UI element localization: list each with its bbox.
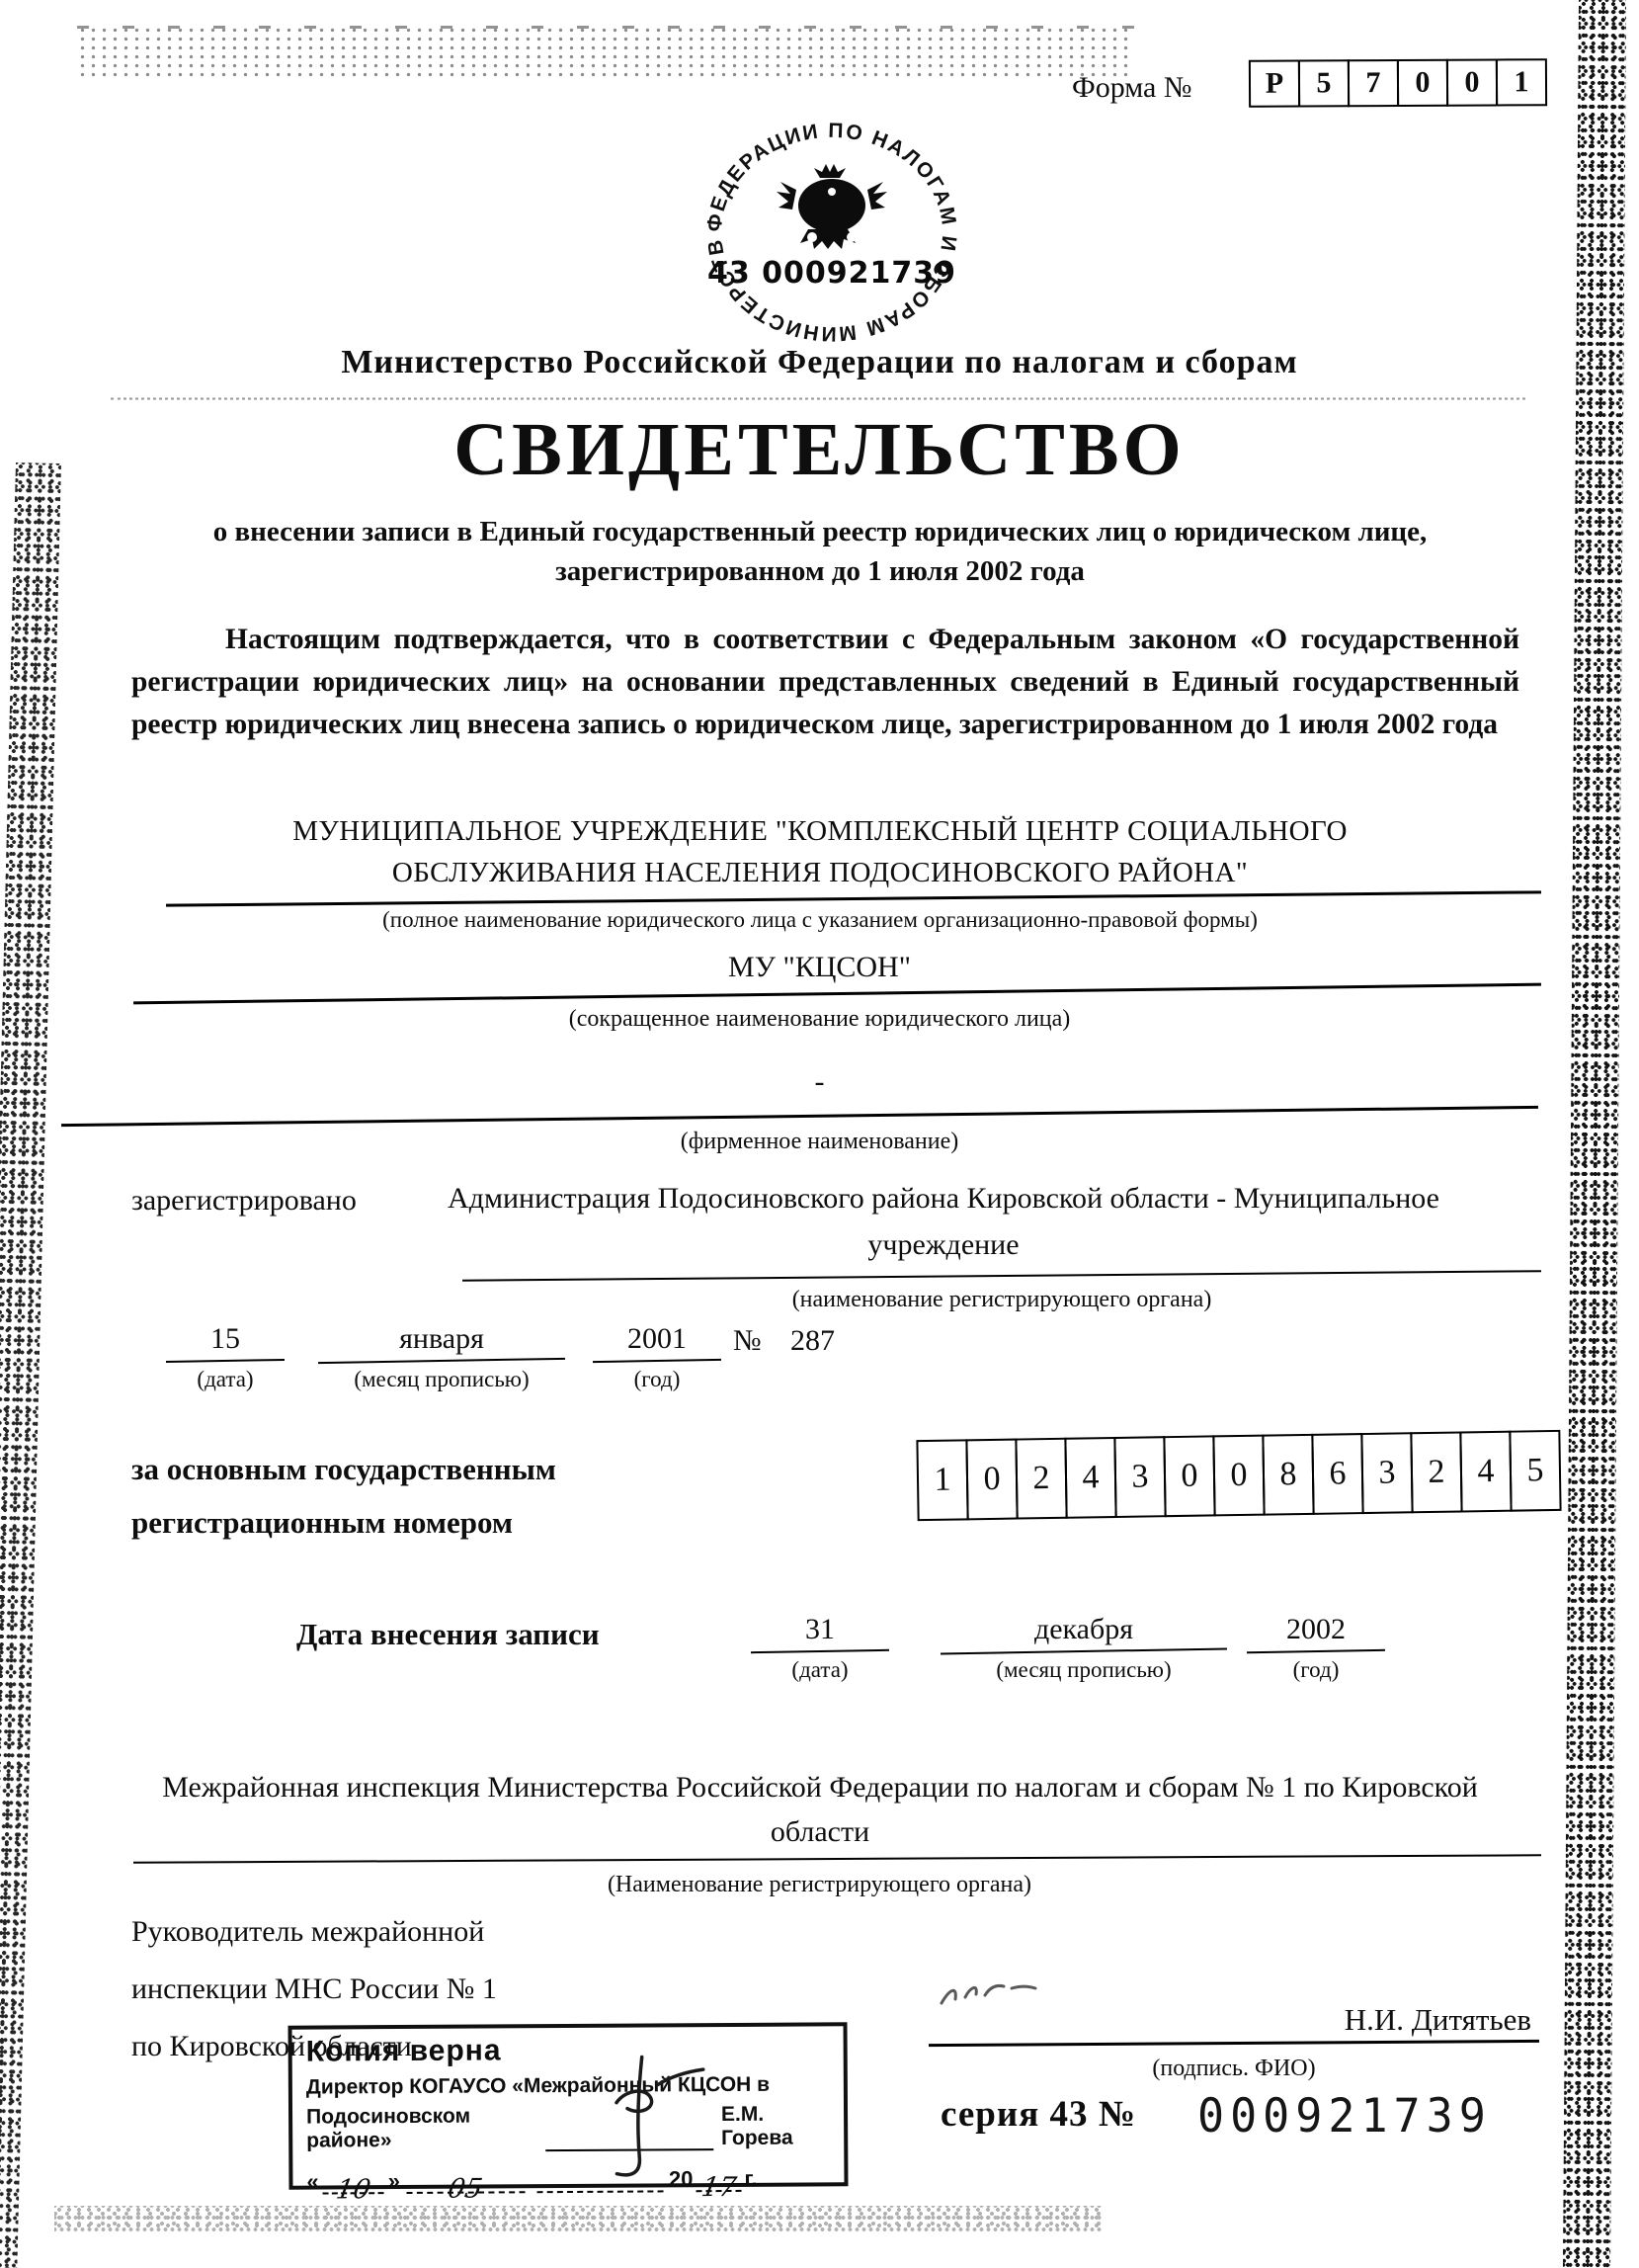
- form-code-cell: Р: [1249, 60, 1300, 108]
- ogrn-digit: 8: [1262, 1434, 1314, 1516]
- issuing-authority-name: Межрайонная инспекция Министерства Росси…: [128, 1765, 1512, 1854]
- issuing-underline: [133, 1854, 1541, 1863]
- tax-ministry-round-stamp: ФЕДЕРАЦИИ ПО НАЛОГАМ И СБОРАМ МИНИСТЕРСТ…: [664, 115, 1000, 355]
- registration-year: 2001: [593, 1322, 721, 1360]
- entry-month-caption: (месяц прописью): [941, 1652, 1227, 1683]
- ogrn-label: за основным государственным регистрацион…: [131, 1443, 744, 1551]
- blank-serial-number: 000921739: [1197, 2088, 1492, 2143]
- entity-full-name: МУНИЦИПАЛЬНОЕ УЧРЕЖДЕНИЕ "КОМПЛЕКСНЫЙ ЦЕ…: [178, 810, 1462, 893]
- registration-number: 287: [790, 1324, 835, 1358]
- registration-month-field: января (месяц прописью): [318, 1322, 565, 1392]
- ogrn-digit: 2: [1410, 1431, 1462, 1513]
- registration-day-field: 15 (дата): [166, 1322, 285, 1392]
- confirmation-paragraph: Настоящим подтверждается, что в соответс…: [131, 619, 1519, 745]
- ogrn-digit: 4: [1459, 1431, 1512, 1513]
- round-stamp-icon: ФЕДЕРАЦИИ ПО НАЛОГАМ И СБОРАМ МИНИСТЕРСТ…: [664, 115, 1000, 350]
- scan-noise-bottom-strip: [54, 2206, 1102, 2231]
- authority-underline: [462, 1270, 1541, 1282]
- ogrn-digit: 3: [1113, 1436, 1166, 1518]
- entry-date-label: Дата внесения записи: [296, 1617, 600, 1652]
- series-label: серия 43 №: [941, 2093, 1136, 2136]
- header-divider: [111, 397, 1525, 399]
- director-name: Е.М. Горева: [721, 2102, 830, 2150]
- document-subtitle: о внесении записи в Единый государственн…: [138, 512, 1502, 591]
- registration-number-sign: №: [733, 1324, 762, 1358]
- scan-noise-top-strip: [77, 26, 1134, 79]
- form-code-cell: 7: [1348, 59, 1399, 107]
- position-line: инспекции МНС России № 1: [131, 1973, 704, 2030]
- day-caption: (дата): [166, 1362, 285, 1392]
- copy-stamp-line2: Подосиновском районе»: [306, 2104, 537, 2152]
- registering-authority: Администрация Подосиновского района Киро…: [375, 1176, 1512, 1268]
- handwritten-day: 10: [334, 2174, 373, 2205]
- short-name-caption: (сокращенное наименование юридического л…: [0, 1006, 1639, 1033]
- entry-month-field: декабря (месяц прописью): [941, 1613, 1227, 1683]
- ogrn-digit: 5: [1509, 1430, 1561, 1512]
- form-code-cell: 0: [1397, 59, 1448, 107]
- ogrn-digit: 1: [916, 1439, 968, 1521]
- form-code-cell: 0: [1446, 58, 1498, 106]
- signatory-name: Н.И. Дитятьев: [1186, 2002, 1531, 2038]
- form-code-cell: 5: [1298, 59, 1350, 107]
- entry-day-caption: (дата): [751, 1652, 889, 1683]
- scan-noise-left-band: [0, 462, 61, 2268]
- ogrn-digit: 3: [1360, 1432, 1413, 1514]
- ogrn-digit: 0: [1163, 1435, 1215, 1517]
- copy-stamp-date-row: « 10 » 05 20 17 г.: [306, 2165, 830, 2194]
- form-number-boxes: Р 5 7 0 0 1: [1251, 58, 1547, 108]
- entry-day: 31: [751, 1613, 889, 1650]
- copy-stamp-title: Копия верна: [306, 2032, 830, 2068]
- ogrn-digit: 2: [1015, 1438, 1067, 1520]
- handwritten-month-line: 05: [406, 2173, 525, 2194]
- quote-open: «: [306, 2169, 318, 2195]
- signature-stroke-icon: [934, 1962, 1072, 2026]
- entry-year: 2002: [1247, 1613, 1385, 1650]
- handwritten-month: 05: [446, 2174, 485, 2205]
- ogrn-digit: 6: [1311, 1433, 1363, 1515]
- full-name-caption: (полное наименование юридического лица с…: [178, 907, 1462, 933]
- registration-year-field: 2001 (год): [593, 1322, 721, 1392]
- form-number-label: Форма №: [1072, 71, 1191, 105]
- month-caption: (месяц прописью): [318, 1362, 565, 1392]
- year-caption: (год): [593, 1362, 721, 1392]
- short-name-underline: [133, 983, 1541, 1005]
- entity-brand-name: -: [0, 1065, 1639, 1099]
- issuing-caption: (Наименование регистрирующего органа): [0, 1872, 1639, 1898]
- stamp-number: 43 000921739: [707, 256, 956, 291]
- eagle-emblem-icon: [777, 164, 887, 249]
- certificate-page: Форма № Р 5 7 0 0 1 ФЕДЕРАЦИИ ПО НАЛОГАМ…: [0, 0, 1639, 2268]
- registration-month: января: [318, 1322, 565, 1360]
- entry-year-caption: (год): [1247, 1652, 1385, 1683]
- entry-year-field: 2002 (год): [1247, 1613, 1385, 1683]
- signature-underline: [929, 2040, 1539, 2047]
- handwritten-day-line: 10: [323, 2174, 384, 2194]
- entity-short-name: МУ "КЦСОН": [0, 951, 1639, 984]
- registration-day: 15: [166, 1322, 285, 1360]
- copy-stamp-line1: Директор КОГАУСО «Межрайонный КЦСОН в: [306, 2072, 830, 2099]
- ogrn-digit: 0: [965, 1439, 1018, 1521]
- document-title: СВИДЕТЕЛЬСТВО: [0, 407, 1639, 493]
- director-signature-icon: [577, 2051, 706, 2188]
- entry-day-field: 31 (дата): [751, 1613, 889, 1683]
- ogrn-digit-boxes: 1 0 2 4 3 0 0 8 6 3 2 4 5: [918, 1430, 1561, 1521]
- ministry-header: Министерство Российской Федерации по нал…: [0, 344, 1639, 381]
- form-code-cell: 1: [1496, 58, 1547, 106]
- position-line: Руководитель межрайонной: [131, 1915, 704, 1973]
- copy-stamp-line2-row: Подосиновском районе» Е.М. Горева: [306, 2102, 830, 2152]
- brand-name-underline: [61, 1106, 1538, 1127]
- year-suffix: г.: [744, 2166, 757, 2192]
- ogrn-digit: 0: [1212, 1435, 1265, 1517]
- brand-name-caption: (фирменное наименование): [0, 1129, 1639, 1155]
- ogrn-digit: 4: [1064, 1437, 1116, 1519]
- copy-verified-stamp: Копия верна Директор КОГАУСО «Межрайонны…: [287, 2022, 848, 2189]
- authority-caption: (наименование регистрирующего органа): [462, 1287, 1541, 1313]
- registered-label: зарегистрировано: [131, 1184, 357, 1218]
- signature-caption: (подпись. ФИО): [929, 2056, 1539, 2082]
- entry-month: декабря: [941, 1613, 1227, 1650]
- quote-close: »: [388, 2168, 400, 2194]
